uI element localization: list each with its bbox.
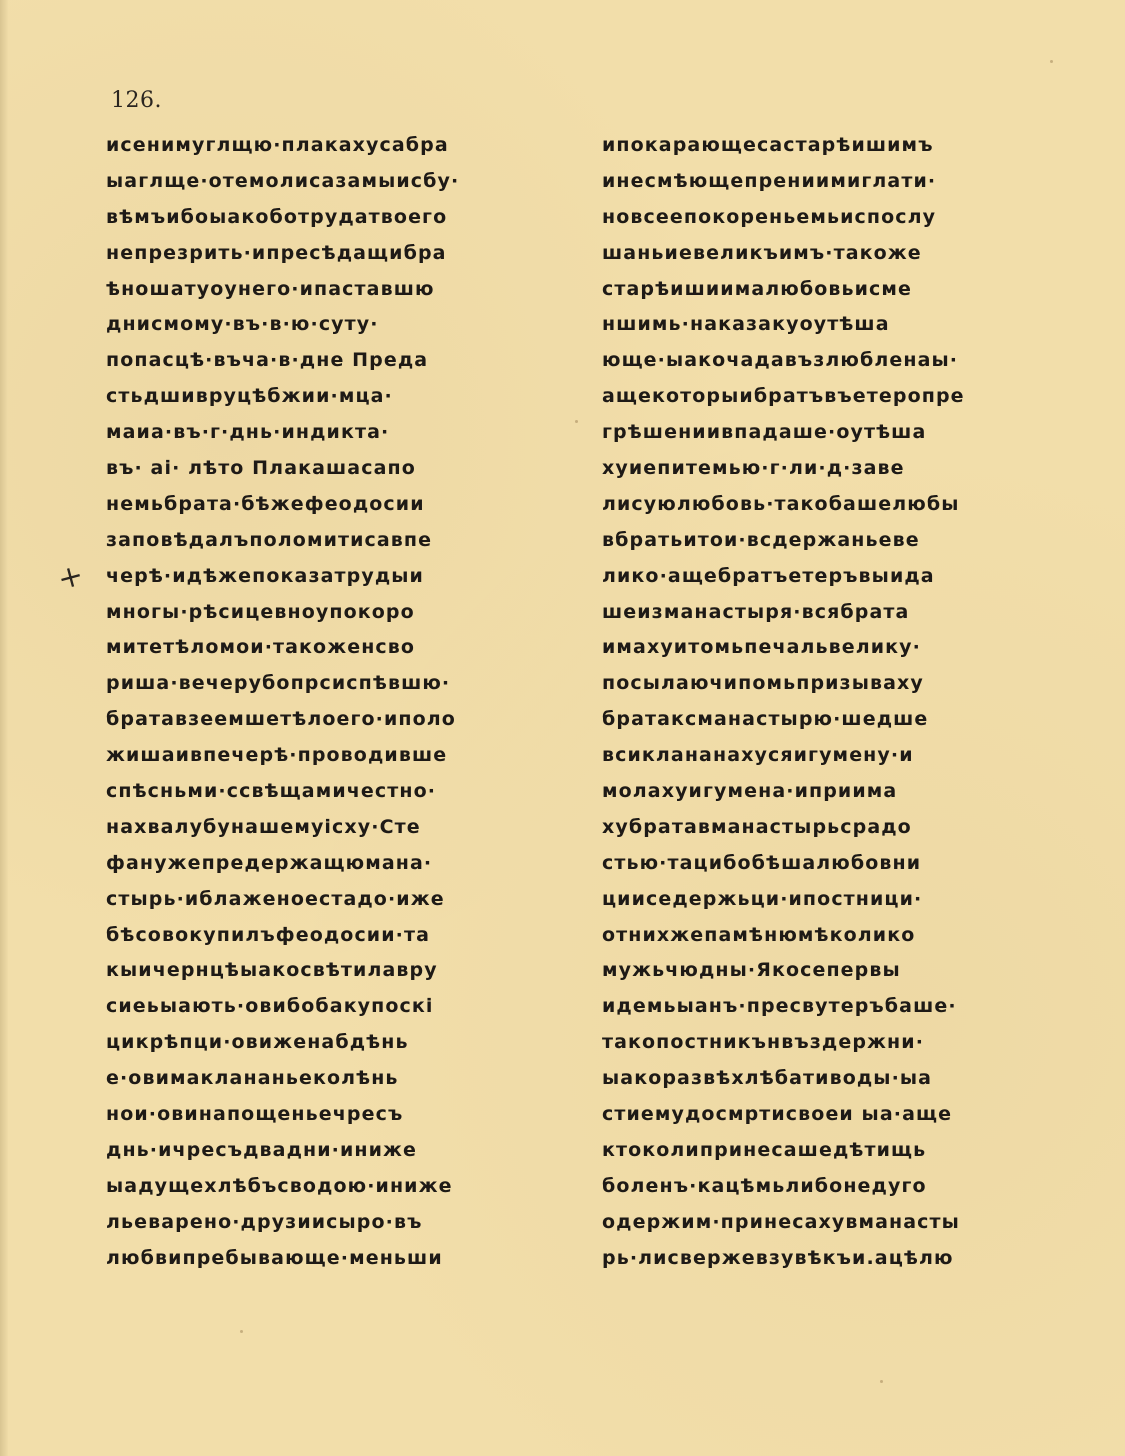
text-line: черѣ·идѣжепоказатрудыи: [106, 559, 556, 595]
text-line: льеварено·друзиисыро·въ: [106, 1205, 556, 1241]
text-line: днь·ичресъдвадни·иниже: [106, 1133, 556, 1169]
text-line: хубратавманастырьсрадо: [602, 810, 1072, 846]
text-line: новсеепокореньемьиспослу: [602, 200, 1072, 236]
text-line: посылаючипомьпризываху: [602, 666, 1072, 702]
text-line: митетѣломои·такоженсво: [106, 630, 556, 666]
text-line: мужьчюдны·Якосепервы: [602, 953, 1072, 989]
text-line: фанужепредержащюмана·: [106, 846, 556, 882]
text-line: стырь·иблаженоестадо·иже: [106, 882, 556, 918]
text-line: жишаивпечерѣ·проводивше: [106, 738, 556, 774]
text-line: юще·ыакочадавъзлюбленаы·: [602, 343, 1072, 379]
text-line: ащекоторыибратъвъетеропре: [602, 379, 1072, 415]
text-line: рь·лисвержевзувѣкъи.ацѣлю: [602, 1241, 1072, 1277]
text-line: ѣношатуоунего·ипаставшю: [106, 272, 556, 308]
text-line: инесмѣющепрениимиглати·: [602, 164, 1072, 200]
text-line: ипокарающесастарѣишимъ: [602, 128, 1072, 164]
paper-speck: [880, 1380, 883, 1383]
text-line: цииседержьци·ипостници·: [602, 882, 1072, 918]
text-line: братавзеемшетѣлоего·иполо: [106, 702, 556, 738]
text-line: риша·вечерубопрсиспѣвшю·: [106, 666, 556, 702]
text-line: ыадущехлѣбъсводою·иниже: [106, 1169, 556, 1205]
text-line: нои·овинапощеньечресъ: [106, 1097, 556, 1133]
paper-speck: [1050, 60, 1053, 63]
manuscript-page: 126. + исенимуглщю·плакахусабраыаглще·от…: [0, 0, 1125, 1456]
margin-cross-mark: +: [54, 557, 87, 597]
text-line: любвипребывающе·меньши: [106, 1241, 556, 1277]
text-line: одержим·принесахувманасты: [602, 1205, 1072, 1241]
text-line: многы·рѣсицевноупокоро: [106, 595, 556, 631]
text-line: днисмому·въ·в·ю·суту·: [106, 307, 556, 343]
text-line: ыакоразвѣхлѣбативоды·ыа: [602, 1061, 1072, 1097]
text-line: ншимь·наказакуоутѣша: [602, 307, 1072, 343]
text-line: исенимуглщю·плакахусабра: [106, 128, 556, 164]
left-text-column: исенимуглщю·плакахусабраыаглще·отемолиса…: [106, 128, 556, 1277]
text-line: заповѣдалъполомитисавпе: [106, 523, 556, 559]
text-line: такопостникънвъздержни·: [602, 1025, 1072, 1061]
text-line: вѣмъибоыакоботрудатвоего: [106, 200, 556, 236]
text-line: старѣишиималюбовьисме: [602, 272, 1072, 308]
text-line: идемьыанъ·пресвутеръбаше·: [602, 989, 1072, 1025]
text-line: лико·ащебратъетеръвыида: [602, 559, 1072, 595]
text-line: непрезрить·ипресѣдащибра: [106, 236, 556, 272]
text-line: шеизманастыря·всябрата: [602, 595, 1072, 631]
text-line: нахвалубунашемуісху·Сте: [106, 810, 556, 846]
text-line: молахуигумена·иприима: [602, 774, 1072, 810]
text-line: спѣсньми·ссвѣщамичестно·: [106, 774, 556, 810]
text-line: стиемудосмртисвоеи ыа·аще: [602, 1097, 1072, 1133]
text-line: въ· аі· лѣто Плакашасапо: [106, 451, 556, 487]
text-line: цикрѣпци·овиженабдѣнь: [106, 1025, 556, 1061]
paper-speck: [240, 1330, 243, 1333]
text-line: немьбрата·бѣжефеодосии: [106, 487, 556, 523]
text-line: грѣшениивпадаше·оутѣша: [602, 415, 1072, 451]
text-line: стьдшивруцѣбжии·мца·: [106, 379, 556, 415]
text-line: вбратьитои·всдержаньеве: [602, 523, 1072, 559]
text-line: стью·тацибобѣшалюбовни: [602, 846, 1072, 882]
text-line: попасцѣ·въча·в·дне Преда: [106, 343, 556, 379]
text-line: ктоколипринесашедѣтищь: [602, 1133, 1072, 1169]
text-line: шаньиевеликъимъ·такоже: [602, 236, 1072, 272]
page-edge-shadow: [0, 0, 8, 1456]
page-number: 126.: [111, 88, 162, 113]
text-line: боленъ·кацѣмьлибонедуго: [602, 1169, 1072, 1205]
text-line: бѣсовокупилъфеодосии·та: [106, 918, 556, 954]
text-line: сиеьыають·овибобакупоскі: [106, 989, 556, 1025]
text-line: хуиепитемью·г·ли·д·заве: [602, 451, 1072, 487]
text-line: имахуитомьпечальвелику·: [602, 630, 1072, 666]
text-line: отнихжепамѣнюмѣколико: [602, 918, 1072, 954]
text-line: ыаглще·отемолисазамыисбу·: [106, 164, 556, 200]
text-line: братаксманастырю·шедше: [602, 702, 1072, 738]
text-line: маиа·въ·г·днь·индикта·: [106, 415, 556, 451]
text-line: лисуюлюбовь·такобашелюбы: [602, 487, 1072, 523]
paper-speck: [575, 420, 578, 423]
text-line: кыичернцѣыакосвѣтилавру: [106, 953, 556, 989]
right-text-column: ипокарающесастарѣишимъинесмѣющепрениимиг…: [602, 128, 1072, 1277]
text-line: всиклананахусяигумену·и: [602, 738, 1072, 774]
text-line: е·овимаклананьеколѣнь: [106, 1061, 556, 1097]
